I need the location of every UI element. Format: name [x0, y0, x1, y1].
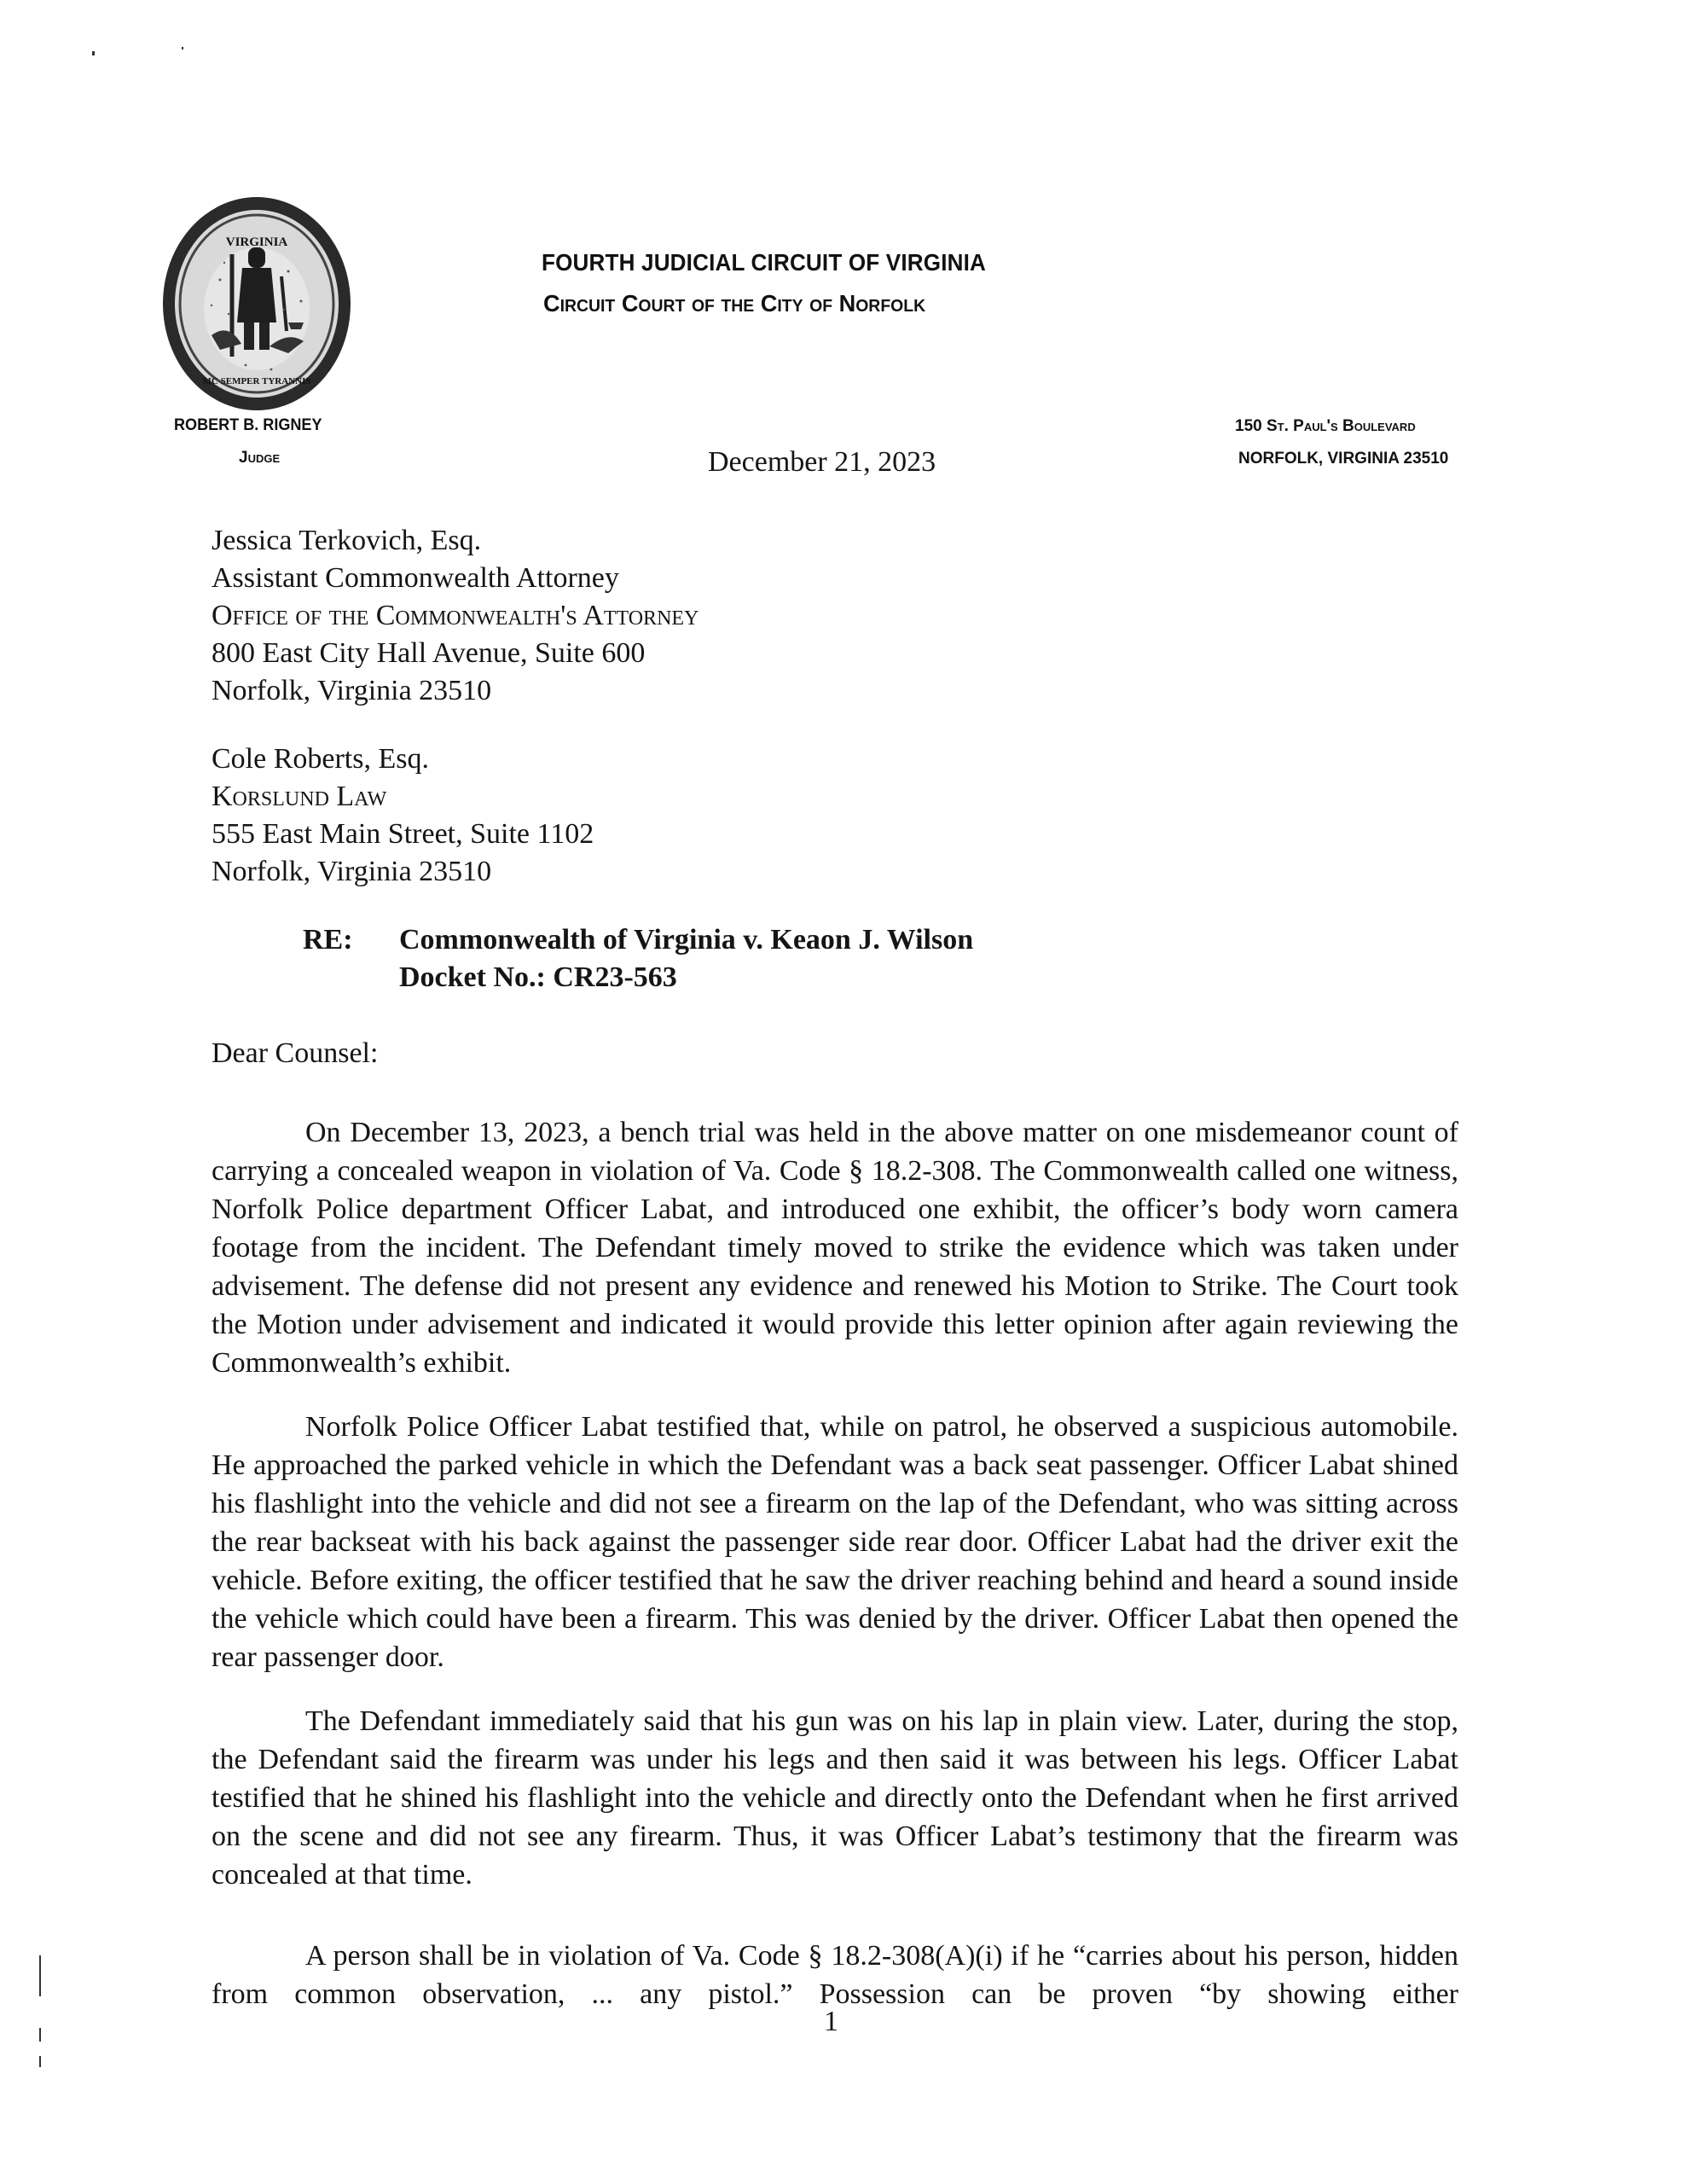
recipient-city: Norfolk, Virginia 23510: [212, 853, 491, 891]
court-address-street: 150 St. Paul's Boulevard: [1235, 417, 1416, 436]
case-caption: Commonwealth of Virginia v. Keaon J. Wil…: [399, 921, 973, 959]
recipient-city: Norfolk, Virginia 23510: [212, 672, 491, 710]
svg-text:VIRGINIA: VIRGINIA: [226, 235, 288, 249]
court-subtitle: Circuit Court of the City of Norfolk: [543, 290, 925, 317]
recipient-title: Assistant Commonwealth Attorney: [212, 560, 619, 597]
salutation: Dear Counsel:: [212, 1035, 378, 1072]
svg-text:SIC SEMPER TYRANNIS: SIC SEMPER TYRANNIS: [203, 376, 311, 386]
court-address-city: NORFOLK, VIRGINIA 23510: [1238, 450, 1448, 468]
recipient-street: 555 East Main Street, Suite 1102: [212, 816, 594, 853]
body-paragraph: A person shall be in violation of Va. Co…: [212, 1937, 1458, 2013]
recipient-street: 800 East City Hall Avenue, Suite 600: [212, 635, 645, 672]
body-paragraph: Norfolk Police Officer Labat testified t…: [212, 1408, 1458, 1676]
body-paragraph: The Defendant immediately said that his …: [212, 1702, 1458, 1894]
page-number: 1: [824, 2003, 838, 2041]
recipient-name: Cole Roberts, Esq.: [212, 741, 429, 778]
judge-title: Judge: [239, 449, 280, 468]
recipient-name: Jessica Terkovich, Esq.: [212, 522, 481, 560]
body-paragraph: On December 13, 2023, a bench trial was …: [212, 1113, 1458, 1382]
virginia-seal-logo: VIRGINIA SIC SEMPER TYRANNIS: [160, 195, 353, 413]
docket-number: Docket No.: CR23-563: [399, 959, 677, 996]
judge-name: ROBERT B. RIGNEY: [174, 416, 322, 435]
letter-date: December 21, 2023: [708, 444, 936, 481]
recipient-organization: Office of the Commonwealth's Attorney: [212, 597, 699, 635]
recipient-organization: Korslund Law: [212, 778, 386, 816]
re-label: RE:: [303, 921, 353, 959]
court-title: FOURTH JUDICIAL CIRCUIT OF VIRGINIA: [542, 249, 986, 276]
seal-icon: VIRGINIA SIC SEMPER TYRANNIS: [160, 195, 353, 413]
